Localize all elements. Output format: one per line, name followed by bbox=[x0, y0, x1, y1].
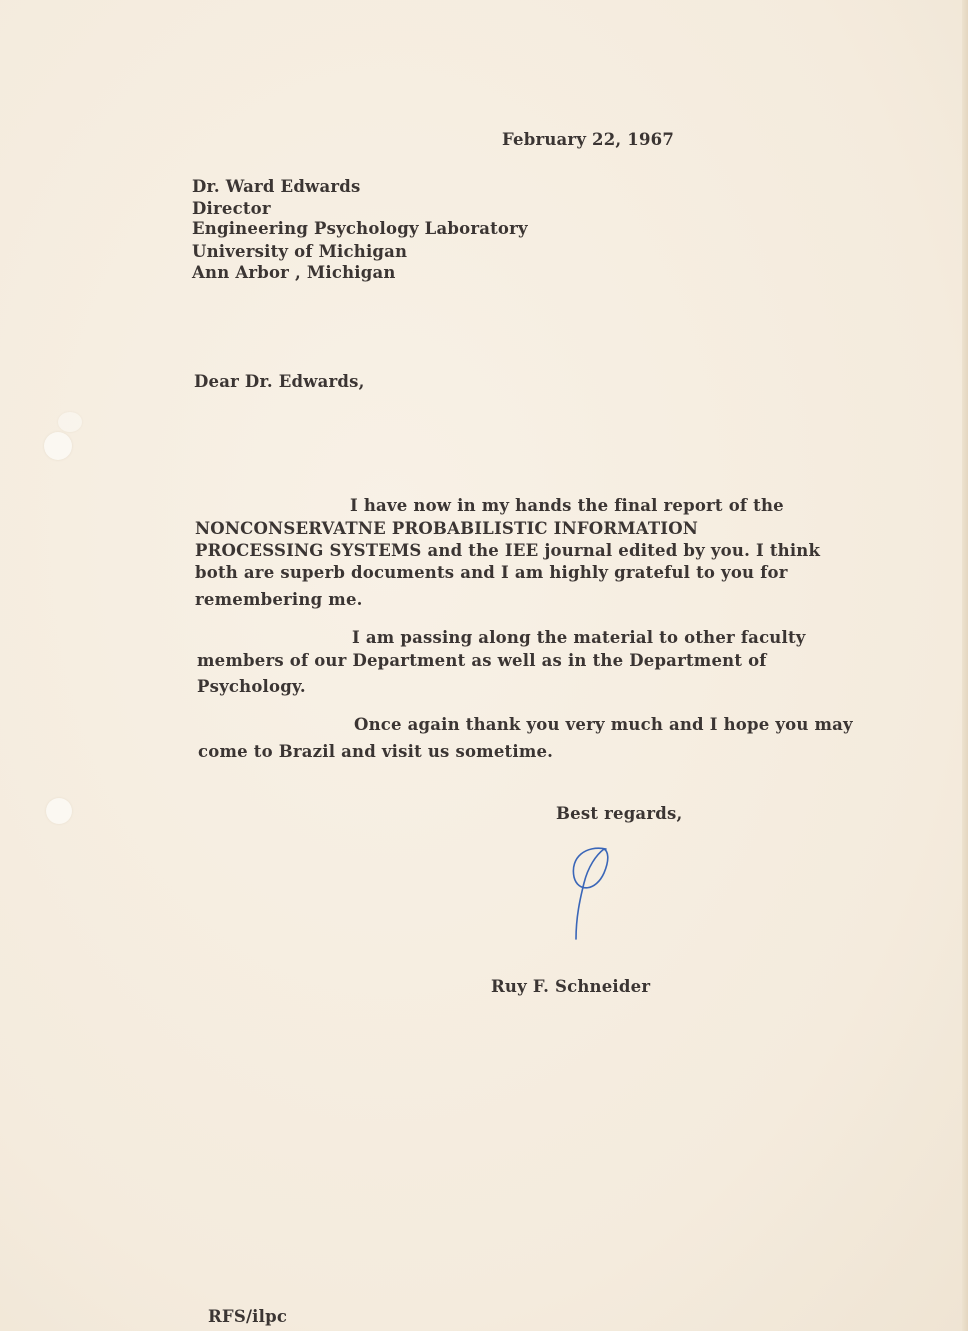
recipient-name: Dr. Ward Edwards bbox=[192, 177, 360, 196]
punch-hole-top bbox=[44, 432, 72, 460]
punch-hole-bottom bbox=[46, 798, 72, 824]
recipient-city: Ann Arbor , Michigan bbox=[192, 263, 396, 282]
paragraph-1-line-2: NONCONSERVATNE PROBABILISTIC INFORMATION bbox=[195, 519, 698, 538]
paragraph-1-line-4: both are superb documents and I am highl… bbox=[195, 563, 788, 582]
paragraph-1-line-3: PROCESSING SYSTEMS and the IEE journal e… bbox=[195, 541, 820, 560]
signer-name: Ruy F. Schneider bbox=[491, 977, 650, 996]
recipient-title: Director bbox=[192, 199, 271, 218]
paragraph-2-line-3: Psychology. bbox=[197, 677, 306, 696]
recipient-department: Engineering Psychology Laboratory bbox=[192, 219, 528, 238]
letter-date: February 22, 1967 bbox=[502, 130, 674, 149]
paper-edge bbox=[962, 0, 968, 1331]
reference-initials: RFS/ilpc bbox=[208, 1307, 287, 1326]
paragraph-3-line-1: Once again thank you very much and I hop… bbox=[354, 715, 853, 734]
salutation: Dear Dr. Edwards, bbox=[194, 372, 365, 391]
paragraph-2-line-1: I am passing along the material to other… bbox=[352, 628, 806, 647]
signature-icon bbox=[566, 843, 626, 943]
closing: Best regards, bbox=[556, 804, 682, 823]
punch-hole-top-torn bbox=[58, 412, 82, 432]
paragraph-3-line-2: come to Brazil and visit us sometime. bbox=[198, 742, 553, 761]
paragraph-1-line-5: remembering me. bbox=[195, 590, 363, 609]
paragraph-2-line-2: members of our Department as well as in … bbox=[197, 651, 767, 670]
paragraph-1-line-1: I have now in my hands the final report … bbox=[350, 496, 784, 515]
recipient-institution: University of Michigan bbox=[192, 242, 407, 261]
